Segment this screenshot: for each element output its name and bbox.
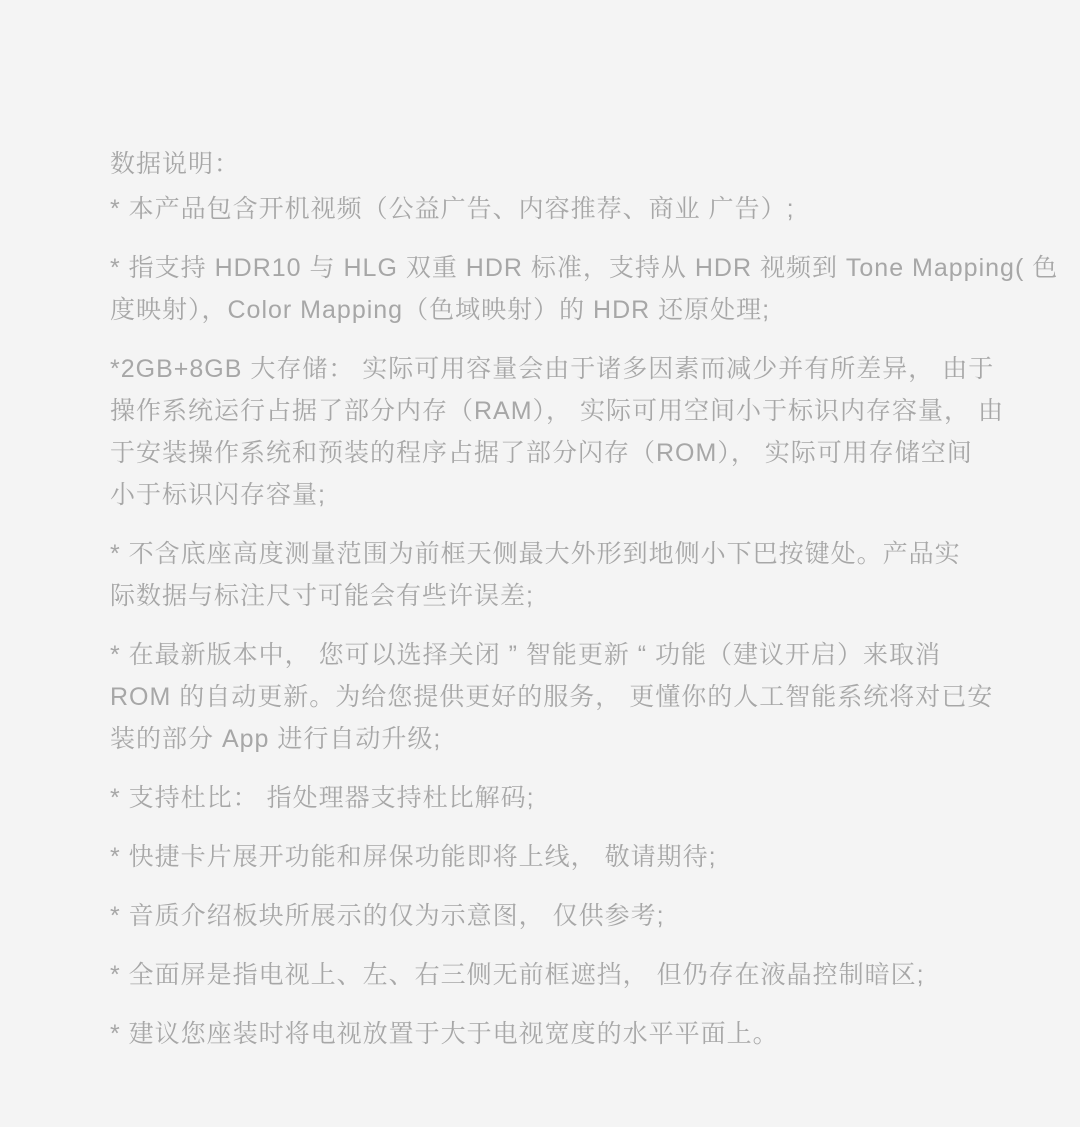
note-line: 装的部分 App 进行自动升级;: [110, 718, 995, 760]
note-line: * 音质介绍板块所展示的仅为示意图， 仅供参考;: [110, 895, 995, 937]
note-line: * 建议您座装时将电视放置于大于电视宽度的水平平面上。: [110, 1013, 995, 1055]
note-paragraph: * 建议您座装时将电视放置于大于电视宽度的水平平面上。: [110, 1013, 995, 1055]
note-line: 度映射），Color Mapping（色域映射）的 HDR 还原处理;: [110, 289, 995, 331]
page-title: 数据说明：: [110, 143, 995, 185]
note-line: * 指支持 HDR10 与 HLG 双重 HDR 标准，支持从 HDR 视频到 …: [110, 247, 995, 289]
note-paragraph: * 指支持 HDR10 与 HLG 双重 HDR 标准，支持从 HDR 视频到 …: [110, 247, 995, 331]
note-paragraph: * 支持杜比： 指处理器支持杜比解码;: [110, 777, 995, 819]
note-line: * 不含底座高度测量范围为前框天侧最大外形到地侧小下巴按键处。产品实: [110, 533, 995, 575]
note-paragraph: * 在最新版本中， 您可以选择关闭 ” 智能更新 “ 功能（建议开启）来取消RO…: [110, 634, 995, 760]
note-line: * 全面屏是指电视上、左、右三侧无前框遮挡， 但仍存在液晶控制暗区;: [110, 954, 995, 996]
note-paragraph: * 全面屏是指电视上、左、右三侧无前框遮挡， 但仍存在液晶控制暗区;: [110, 954, 995, 996]
note-line: 小于标识闪存容量;: [110, 474, 995, 516]
note-paragraph: * 本产品包含开机视频（公益广告、内容推荐、商业 广告）;: [110, 188, 995, 230]
note-paragraph: *2GB+8GB 大存储： 实际可用容量会由于诸多因素而减少并有所差异， 由于操…: [110, 348, 995, 516]
note-line: 际数据与标注尺寸可能会有些许误差;: [110, 575, 995, 617]
note-line: * 在最新版本中， 您可以选择关闭 ” 智能更新 “ 功能（建议开启）来取消: [110, 634, 995, 676]
note-paragraph: * 快捷卡片展开功能和屏保功能即将上线， 敬请期待;: [110, 836, 995, 878]
note-line: 于安装操作系统和预装的程序占据了部分闪存（ROM）， 实际可用存储空间: [110, 432, 995, 474]
note-line: * 支持杜比： 指处理器支持杜比解码;: [110, 777, 995, 819]
notes-list: * 本产品包含开机视频（公益广告、内容推荐、商业 广告）;* 指支持 HDR10…: [110, 188, 995, 1055]
note-line: * 本产品包含开机视频（公益广告、内容推荐、商业 广告）;: [110, 188, 995, 230]
disclaimer-content: 数据说明： * 本产品包含开机视频（公益广告、内容推荐、商业 广告）;* 指支持…: [110, 143, 995, 1055]
note-paragraph: * 音质介绍板块所展示的仅为示意图， 仅供参考;: [110, 895, 995, 937]
note-line: *2GB+8GB 大存储： 实际可用容量会由于诸多因素而减少并有所差异， 由于: [110, 348, 995, 390]
note-line: * 快捷卡片展开功能和屏保功能即将上线， 敬请期待;: [110, 836, 995, 878]
note-line: 操作系统运行占据了部分内存（RAM）， 实际可用空间小于标识内存容量， 由: [110, 390, 995, 432]
note-line: ROM 的自动更新。为给您提供更好的服务， 更懂你的人工智能系统将对已安: [110, 676, 995, 718]
note-paragraph: * 不含底座高度测量范围为前框天侧最大外形到地侧小下巴按键处。产品实际数据与标注…: [110, 533, 995, 617]
